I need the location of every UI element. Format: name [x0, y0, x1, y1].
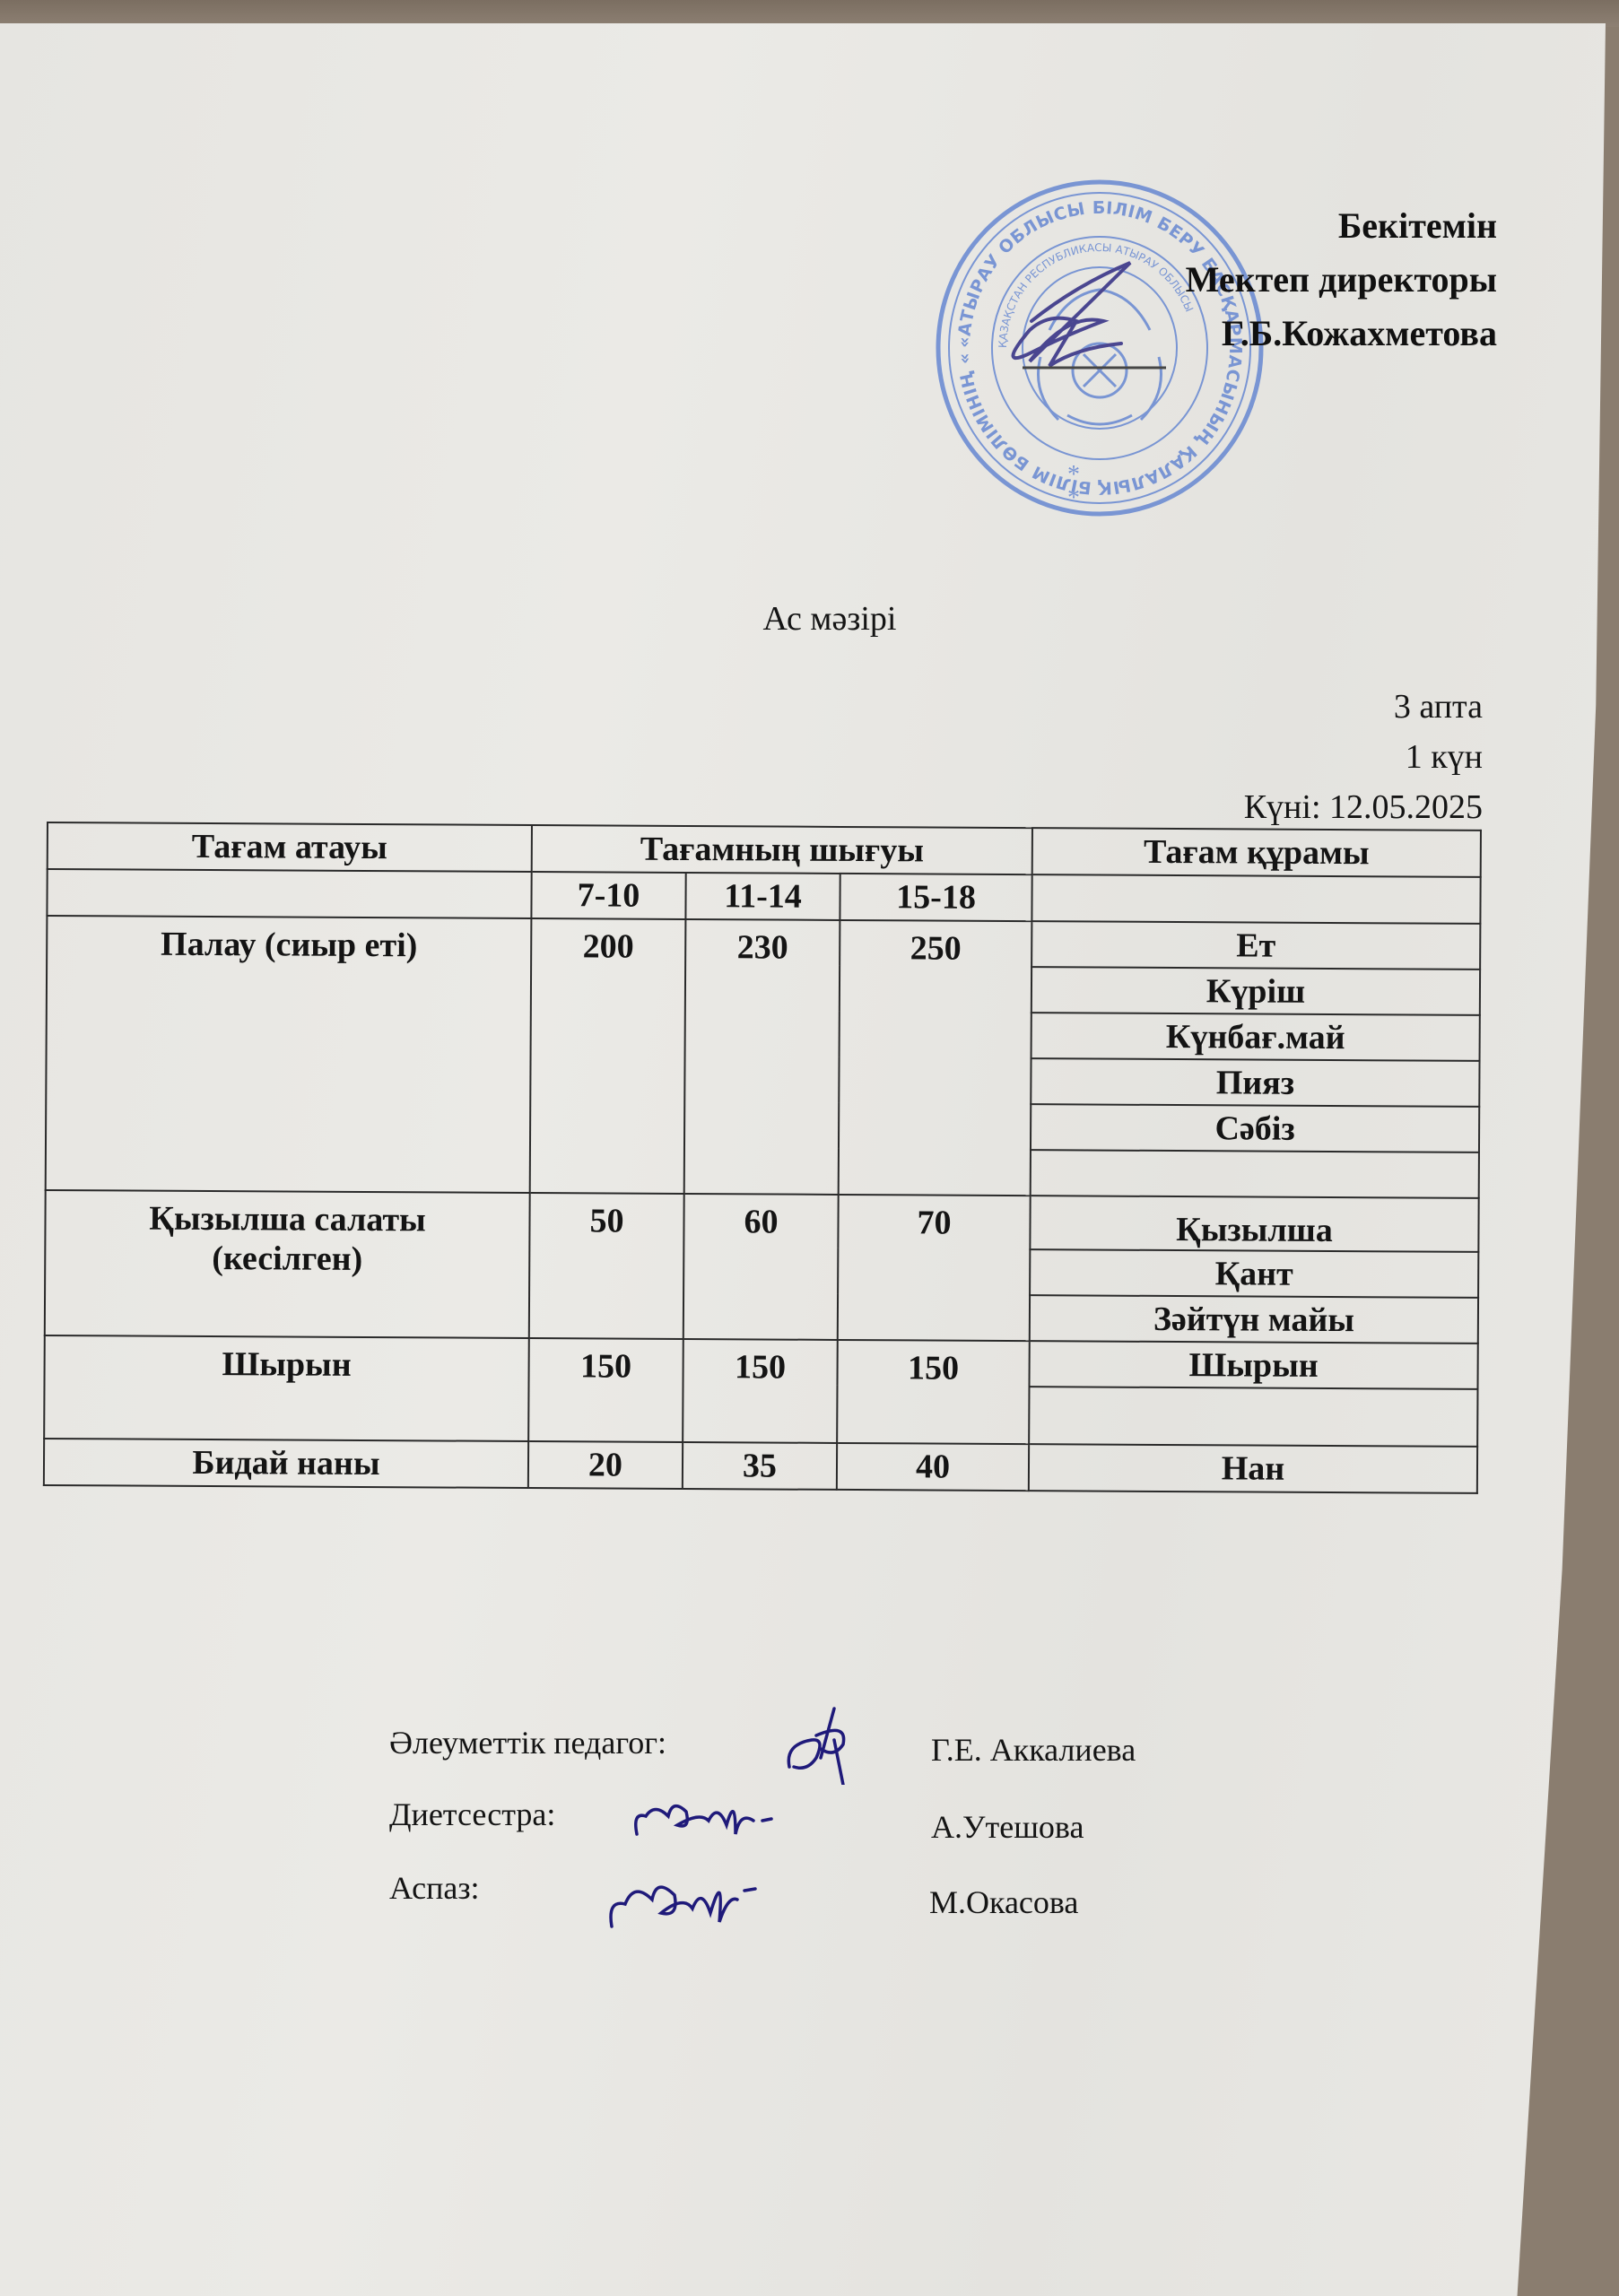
- signature-role-dietitian: Диетсестра:: [389, 1796, 555, 1833]
- portion-15-18: 40: [837, 1443, 1029, 1491]
- portion-7-10: 200: [530, 918, 686, 1194]
- menu-table: Тағам атауы Тағамның шығуы Тағам құрамы …: [43, 822, 1482, 1494]
- ingredient-empty: [1031, 1150, 1479, 1198]
- ingredient: Нан: [1029, 1444, 1477, 1493]
- ingredient: Ет: [1031, 921, 1480, 970]
- svg-text:*: *: [1067, 484, 1080, 512]
- portion-11-14: 230: [684, 919, 840, 1195]
- week-label: 3 апта: [1244, 682, 1483, 732]
- portion-7-10: 50: [529, 1193, 684, 1339]
- portion-7-10: 20: [528, 1441, 683, 1489]
- dish-name-line2: (кесілген): [46, 1238, 528, 1280]
- table-row: Палау (сиыр еті) 200 230 250 Ет: [47, 916, 1480, 970]
- signature-name-dietitian: А.Утешова: [931, 1808, 1084, 1846]
- ingredient: Зәйтүн майы: [1030, 1295, 1478, 1344]
- approval-director-name: Г.Б.Кожахметова: [1186, 307, 1497, 361]
- ingredient: Күнбағ.май: [1031, 1013, 1480, 1061]
- ingredient: Қант: [1030, 1249, 1478, 1298]
- ingredient-empty: [1029, 1387, 1477, 1447]
- dish-name: Бидай наны: [44, 1439, 528, 1488]
- signature-icon: [780, 1704, 870, 1785]
- approval-title: Бекітемін: [1186, 199, 1497, 253]
- background-surface: [0, 0, 1619, 27]
- signature-name-social-pedagogue: Г.Е. Аккалиева: [931, 1731, 1136, 1769]
- portion-15-18: 150: [837, 1340, 1030, 1444]
- table-row: Шырын 150 150 150 Шырын: [45, 1335, 1478, 1389]
- approval-position: Мектеп директоры: [1186, 253, 1497, 307]
- document-title: Ас мәзірі: [0, 599, 1619, 639]
- portion-15-18: 70: [838, 1195, 1031, 1341]
- portion-11-14: 60: [683, 1194, 839, 1340]
- dish-name: Шырын: [44, 1335, 529, 1441]
- header-dish-name: Тағам атауы: [48, 822, 532, 872]
- dish-name: Қызылша салаты (кесілген): [45, 1190, 530, 1338]
- portion-11-14: 35: [683, 1442, 837, 1490]
- signature-role-cook: Аспаз:: [389, 1869, 480, 1907]
- table-age-row: 7-10 11-14 15-18: [47, 869, 1480, 924]
- ingredient: Күріш: [1031, 967, 1480, 1015]
- portion-7-10: 150: [528, 1338, 683, 1442]
- ingredient: Пияз: [1031, 1058, 1479, 1107]
- dish-name-line1: Қызылша салаты: [46, 1198, 528, 1240]
- age-group-11-14: 11-14: [685, 873, 840, 920]
- day-label: 1 күн: [1244, 732, 1483, 782]
- signature-name-cook: М.Окасова: [929, 1883, 1078, 1921]
- age-group-15-18: 15-18: [840, 874, 1031, 921]
- age-group-7-10: 7-10: [531, 872, 685, 919]
- signature-role-social-pedagogue: Әлеуметтік педагог:: [389, 1724, 666, 1761]
- document-meta: 3 апта 1 күн Күні: 12.05.2025: [1244, 682, 1483, 832]
- table-header-row: Тағам атауы Тағамның шығуы Тағам құрамы: [48, 822, 1481, 877]
- ingredient: Сәбіз: [1031, 1104, 1479, 1152]
- table-row: Бидай наны 20 35 40 Нан: [44, 1439, 1477, 1493]
- signature-icon: [603, 1864, 764, 1935]
- ingredient: Шырын: [1030, 1341, 1478, 1389]
- header-portion: Тағамның шығуы: [532, 825, 1032, 874]
- empty-cell: [47, 869, 531, 918]
- approval-block: Бекітемін Мектеп директоры Г.Б.Кожахмето…: [1186, 199, 1497, 361]
- header-composition: Тағам құрамы: [1032, 828, 1481, 877]
- table-row: Қызылша салаты (кесілген) 50 60 70 Қызыл…: [45, 1190, 1478, 1252]
- date-label: Күні: 12.05.2025: [1244, 782, 1483, 832]
- signature-icon: [628, 1785, 780, 1848]
- empty-cell: [1031, 874, 1480, 924]
- dish-name: Палау (сиыр еті): [46, 916, 532, 1193]
- portion-11-14: 150: [683, 1339, 838, 1443]
- portion-15-18: 250: [839, 920, 1032, 1196]
- ingredient: Қызылша: [1030, 1196, 1478, 1252]
